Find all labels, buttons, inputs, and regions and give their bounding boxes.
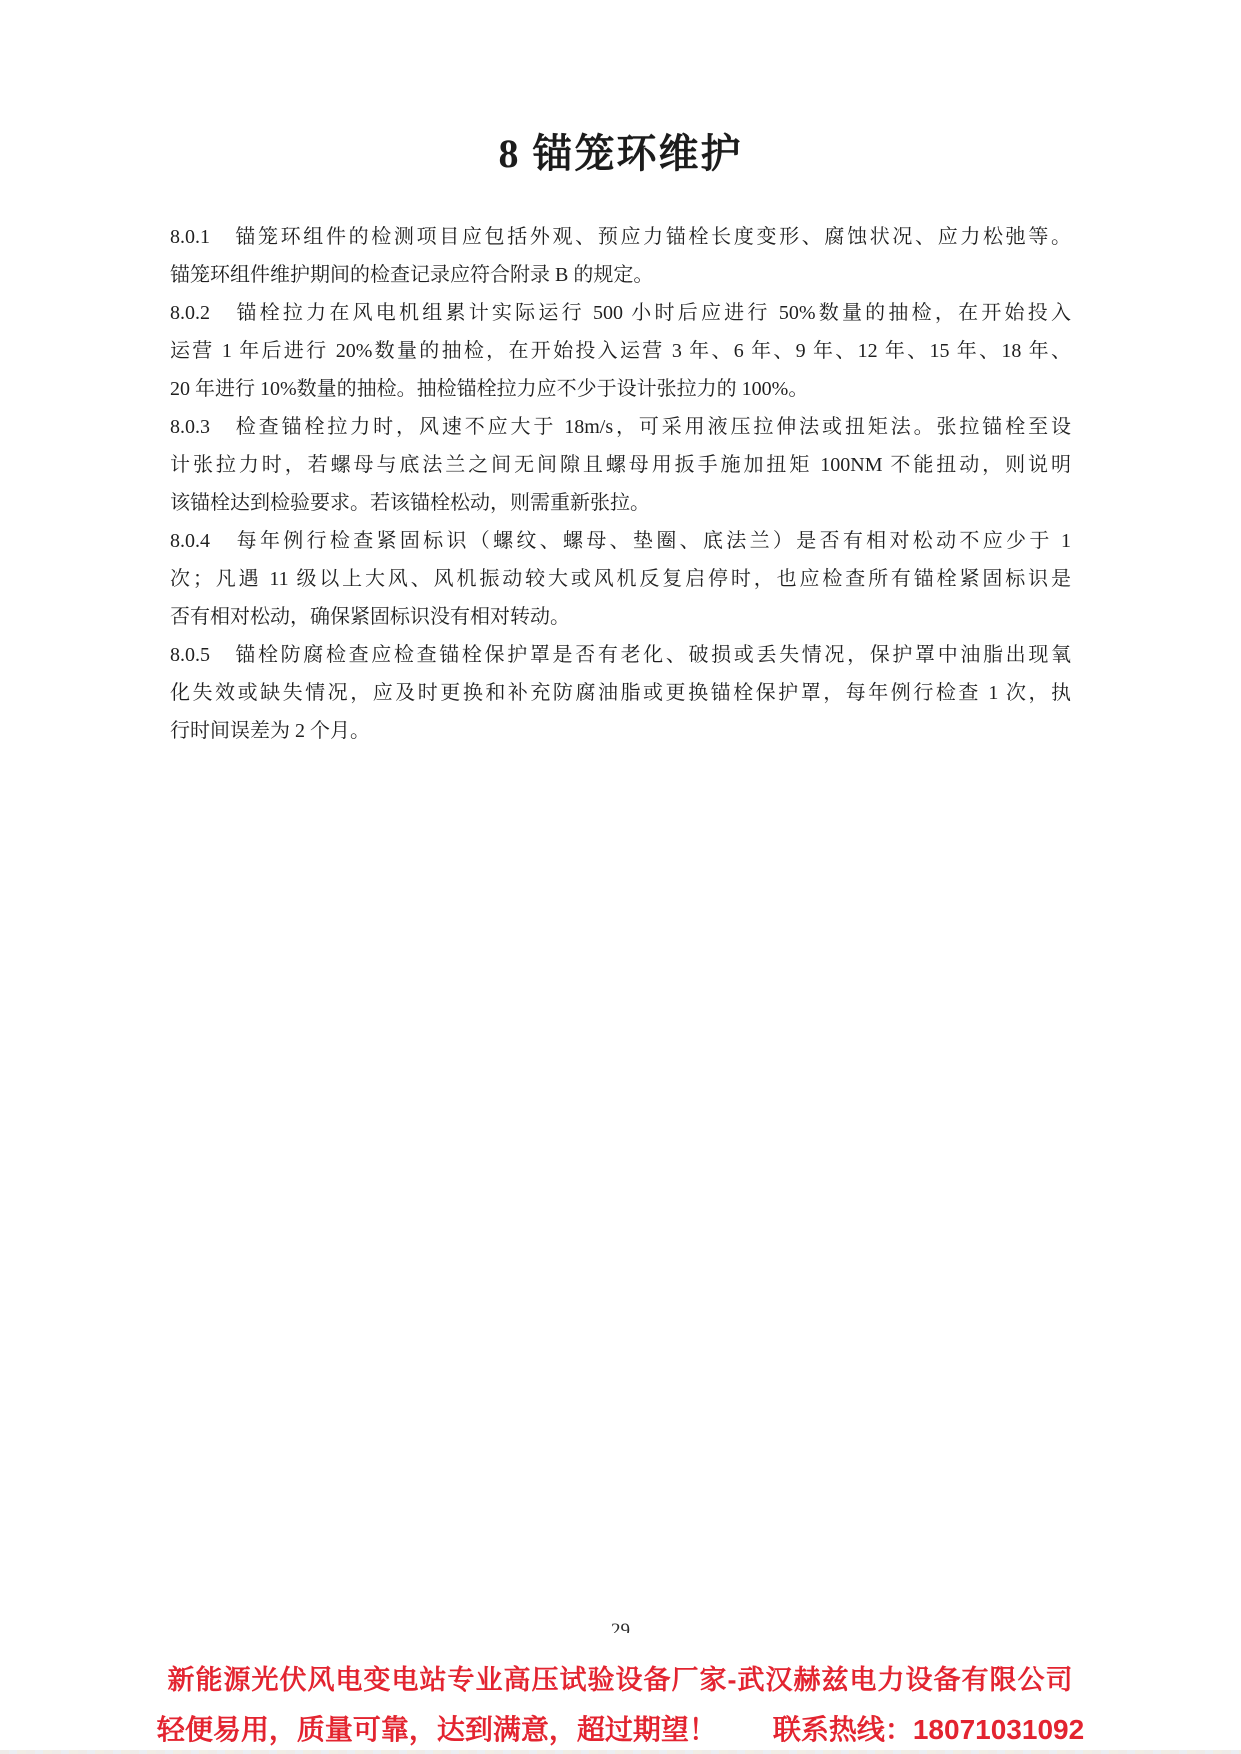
body-line-1: 8.0.1 锚笼环组件的检测项目应包括外观、预应力锚栓长度变形、腐蚀状况、应力松… (170, 218, 1071, 256)
body-line-4: 运营 1 年后进行 20%数量的抽检，在开始投入运营 3 年、6 年、9 年、1… (170, 332, 1071, 370)
body-line-6: 8.0.3 检查锚栓拉力时，风速不应大于 18m/s，可采用液压拉伸法或扭矩法。… (170, 408, 1071, 446)
body-line-8: 该锚栓达到检验要求。若该锚栓松动，则需重新张拉。 (170, 484, 1071, 522)
page-number: 29 (0, 1621, 1241, 1633)
body-line-14: 行时间误差为 2 个月。 (170, 712, 1071, 750)
body-line-10: 次；凡遇 11 级以上大风、风机振动较大或风机反复启停时，也应检查所有锚栓紧固标… (170, 560, 1071, 598)
body-line-7: 计张拉力时，若螺母与底法兰之间无间隙且螺母用扳手施加扭矩 100NM 不能扭动，… (170, 446, 1071, 484)
scan-artifact-strip (0, 1750, 1241, 1754)
document-page: 8 锚笼环维护 8.0.1 锚笼环组件的检测项目应包括外观、预应力锚栓长度变形、… (0, 0, 1241, 1754)
body-line-12: 8.0.5 锚栓防腐检查应检查锚栓保护罩是否有老化、破损或丢失情况，保护罩中油脂… (170, 636, 1071, 674)
document-body: 8.0.1 锚笼环组件的检测项目应包括外观、预应力锚栓长度变形、腐蚀状况、应力松… (170, 218, 1071, 750)
body-line-5: 20 年进行 10%数量的抽检。抽检锚栓拉力应不少于设计张拉力的 100%。 (170, 370, 1071, 408)
footer-slogan: 轻便易用，质量可靠，达到满意，超过期望！ (157, 1712, 717, 1748)
footer-company-line: 新能源光伏风电变电站专业高压试验设备厂家-武汉赫兹电力设备有限公司 (0, 1662, 1241, 1698)
footer-slogan-row: 轻便易用，质量可靠，达到满意，超过期望！ 联系热线：18071031092 (0, 1712, 1241, 1748)
body-line-2: 锚笼环组件维护期间的检查记录应符合附录 B 的规定。 (170, 256, 1071, 294)
footer-hotline: 联系热线：18071031092 (773, 1712, 1084, 1748)
body-line-11: 否有相对松动，确保紧固标识没有相对转动。 (170, 598, 1071, 636)
body-line-9: 8.0.4 每年例行检查紧固标识（螺纹、螺母、垫圈、底法兰）是否有相对松动不应少… (170, 522, 1071, 560)
body-line-13: 化失效或缺失情况，应及时更换和补充防腐油脂或更换锚栓保护罩，每年例行检查 1 次… (170, 674, 1071, 712)
body-line-3: 8.0.2 锚栓拉力在风电机组累计实际运行 500 小时后应进行 50%数量的抽… (170, 294, 1071, 332)
advert-footer: 新能源光伏风电变电站专业高压试验设备厂家-武汉赫兹电力设备有限公司 轻便易用，质… (0, 1662, 1241, 1748)
page-title: 8 锚笼环维护 (0, 0, 1241, 180)
